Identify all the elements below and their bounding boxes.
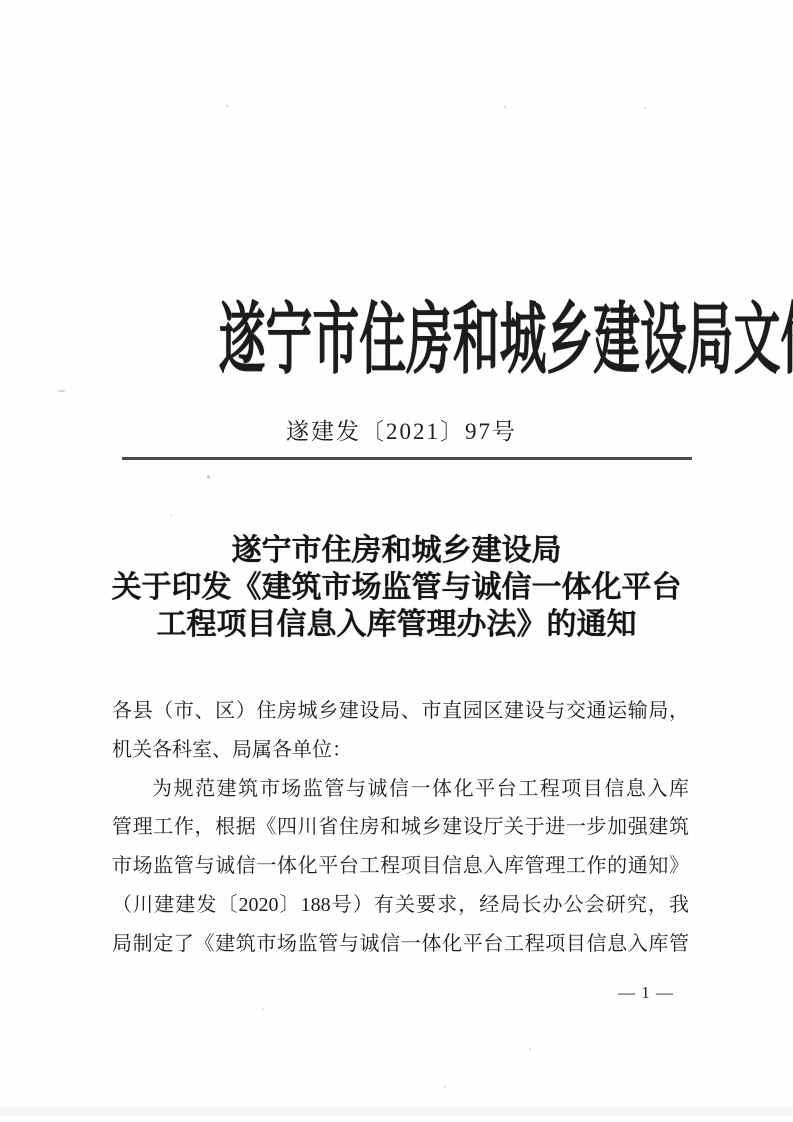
scan-smudge (58, 390, 65, 392)
divider-rule (122, 457, 692, 460)
notice-title-line-3: 工程项目信息入库管理办法》的通知 (0, 606, 793, 643)
scan-edge-shadow (0, 1107, 793, 1116)
notice-title: 遂宁市住房和城乡建设局 关于印发《建筑市场监管与诚信一体化平台 工程项目信息入库… (0, 532, 793, 643)
scan-speck (226, 105, 228, 107)
scan-speck (170, 514, 172, 516)
masthead: 遂宁市住房和城乡建设局文件 (0, 294, 793, 408)
paragraph-line-4: （川建建发〔2020〕188号）有关要求，经局长办公会研究，我 (112, 886, 689, 925)
agency-title: 遂宁市住房和城乡建设局文件 (219, 294, 793, 386)
scan-speck (529, 1048, 531, 1050)
paragraph-line-5: 局制定了《建筑市场监管与诚信一体化平台工程项目信息入库管 (112, 925, 689, 964)
scanned-document-page: 遂宁市住房和城乡建设局文件 遂建发〔2021〕97号 遂宁市住房和城乡建设局 关… (0, 0, 793, 1122)
scan-speck (444, 1086, 446, 1088)
scan-speck (262, 1008, 264, 1010)
document-number: 遂建发〔2021〕97号 (0, 413, 793, 446)
scan-speck (207, 475, 210, 479)
scan-speck (504, 106, 506, 108)
paragraph-line-2: 管理工作，根据《四川省住房和城乡建设厅关于进一步加强建筑 (112, 808, 689, 847)
page-number: — 1 — (618, 983, 674, 1003)
paragraph-line-3: 市场监管与诚信一体化平台工程项目信息入库管理工作的通知》 (112, 847, 689, 886)
notice-title-line-2: 关于印发《建筑市场监管与诚信一体化平台 (0, 569, 793, 606)
body-text: 各县（市、区）住房城乡建设局、市直园区建设与交通运输局， 机关各科室、局属各单位… (112, 692, 689, 964)
scan-speck (644, 107, 646, 109)
salutation-line-1: 各县（市、区）住房城乡建设局、市直园区建设与交通运输局， (112, 692, 689, 731)
salutation-line-2: 机关各科室、局属各单位： (112, 731, 689, 770)
paragraph-line-1: 为规范建筑市场监管与诚信一体化平台工程项目信息入库 (112, 770, 689, 809)
notice-title-line-1: 遂宁市住房和城乡建设局 (0, 532, 793, 569)
